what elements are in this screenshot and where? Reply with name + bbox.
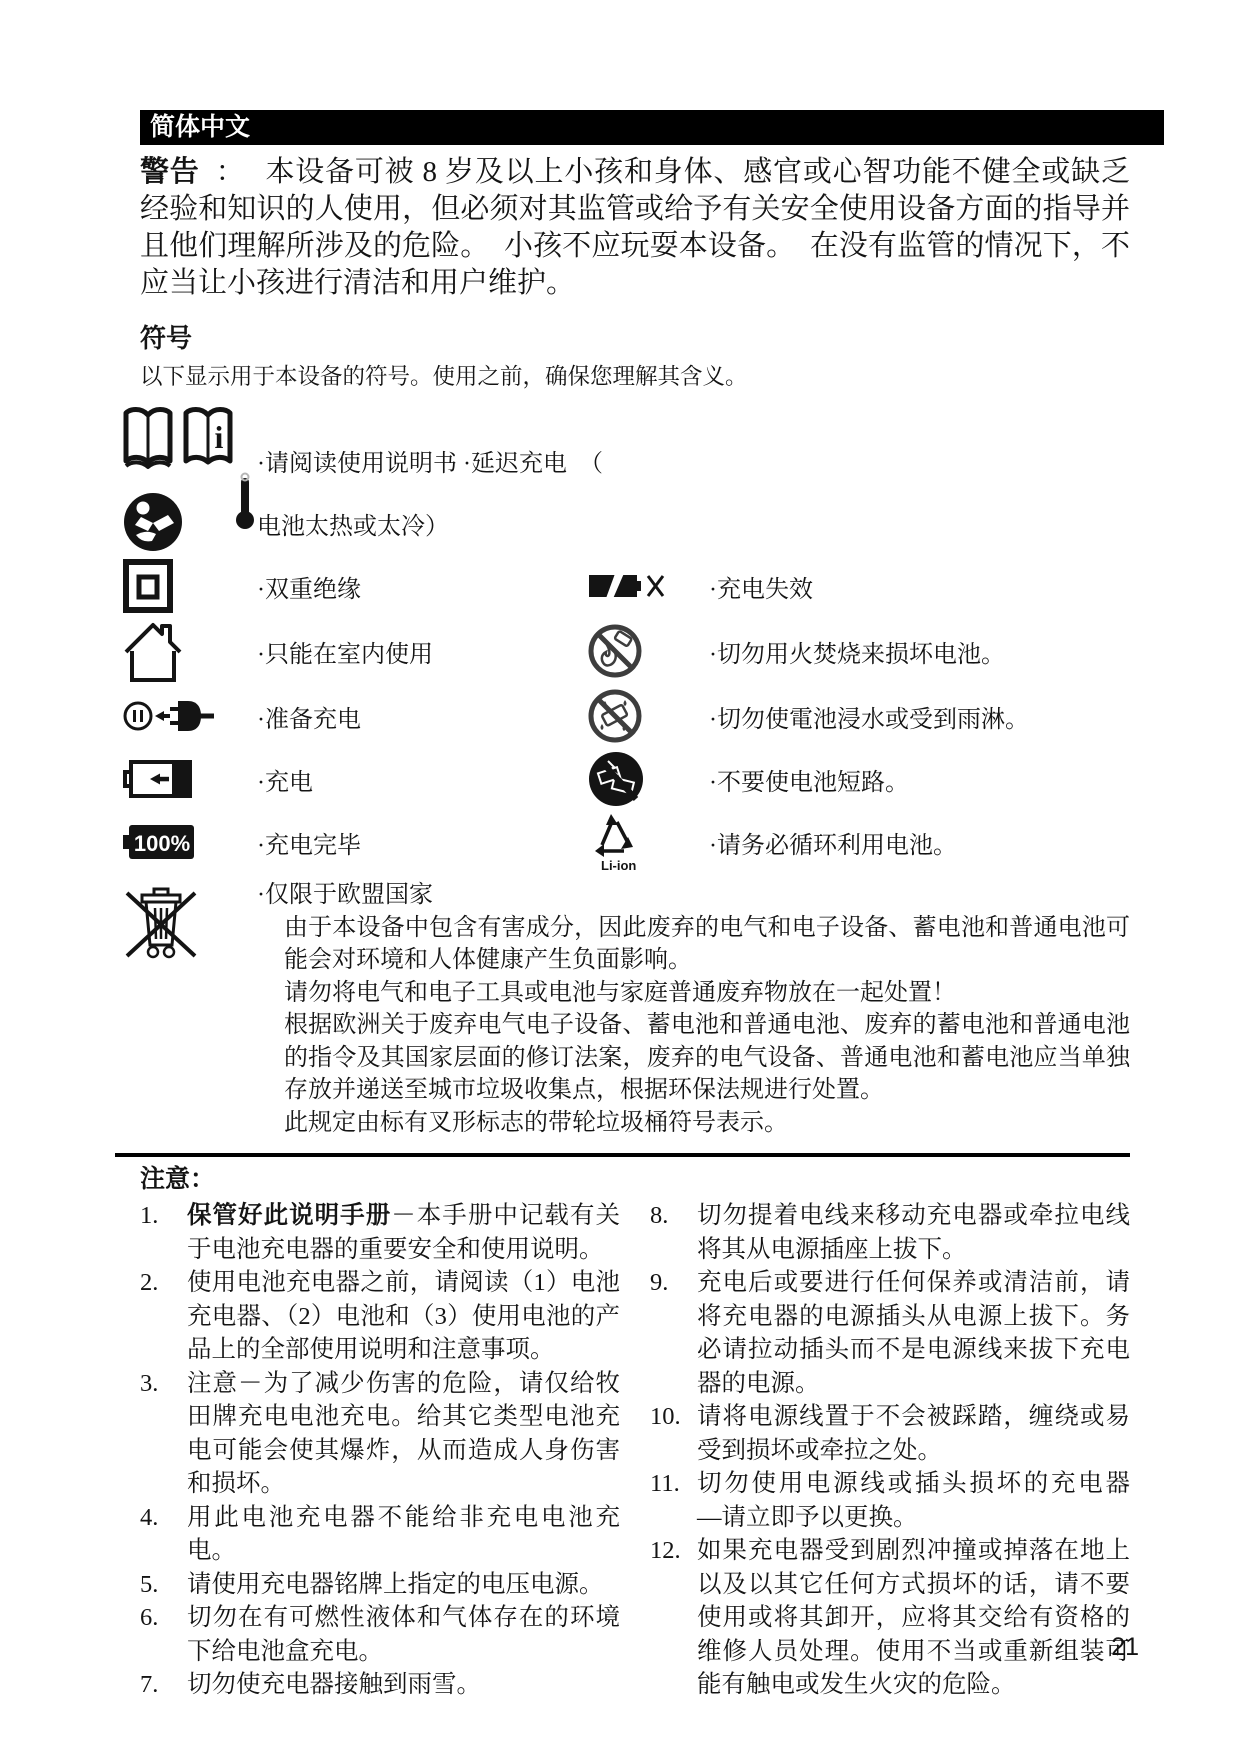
left-icon-cell: 100% — [122, 822, 257, 862]
svg-text:100%: 100% — [134, 831, 190, 856]
note-text: 充电后或要进行任何保养或清洁前，请将充电器的电源插头从电源上拔下。务必请拉动插头… — [697, 1266, 1130, 1400]
note-item: 7.切勿使充电器接触到雨雪。 — [140, 1668, 620, 1702]
note-text: 切勿使用电源线或插头损坏的充电器 —请立即予以更换。 — [697, 1467, 1130, 1534]
symbol-row-complete: 100% ·充电完毕 Li-ion ·请务必循环利用电池。 — [140, 811, 1130, 873]
note-text: 切勿提着电线来移动充电器或牵拉电线将其从电源插座上拔下。 — [697, 1199, 1130, 1266]
note-text: 如果充电器受到剧烈冲撞或掉落在地上以及以其它任何方式损坏的话，请不要使用或将其卸… — [697, 1534, 1130, 1702]
note-text: 切勿使充电器接触到雨雪。 — [187, 1668, 620, 1702]
right-icon-cell — [587, 623, 709, 679]
page-number: 21 — [1111, 1633, 1139, 1662]
note-item: 10.请将电源线置于不会被踩踏，缠绕或易受到损坏或牵拉之处。 — [650, 1400, 1130, 1467]
no-water-icon — [587, 688, 643, 744]
symbol-row-ready: ·准备充电 ·切勿使電池浸水或受到雨淋。 — [140, 685, 1130, 747]
indoor-use-icon — [122, 618, 184, 684]
symbol-row-eu: ·仅限于欧盟国家 由于本设备中包含有害成分，因此废弃的电气和电子设备、蓄电池和普… — [140, 879, 1130, 1139]
symbol-label: ·双重绝缘 — [257, 569, 587, 604]
symbols-intro: 以下显示用于本设备的符号。使用之前，确保您理解其含义。 — [140, 359, 1130, 391]
notes-divider — [115, 1153, 1130, 1157]
charge-failure-icon — [587, 568, 667, 604]
open-book-icons: i — [122, 403, 236, 485]
svg-text:i: i — [215, 419, 224, 455]
note-number: 3. — [140, 1367, 187, 1501]
thermometer-icon — [235, 472, 255, 530]
charging-icon — [122, 757, 194, 801]
note-number: 4. — [140, 1501, 187, 1568]
read-manual-label: ·请阅读使用说明书 ·延迟充电 （ — [257, 451, 603, 477]
note-item: 12.如果充电器受到剧烈冲撞或掉落在地上以及以其它任何方式损坏的话，请不要使用或… — [650, 1534, 1130, 1702]
warning-paragraph: 警告：本设备可被 8 岁及以上小孩和身体、感官或心智功能不健全或缺乏经验和知识的… — [140, 154, 1130, 302]
notes-left-column: 1.保管好此说明手册－本手册中记载有关于电池充电器的重要安全和使用说明。 2.使… — [140, 1199, 620, 1702]
warning-label: 警告 — [140, 156, 200, 188]
note-text: 保管好此说明手册－本手册中记载有关于电池充电器的重要安全和使用说明。 — [187, 1199, 620, 1266]
note-number: 9. — [650, 1266, 697, 1400]
left-icon-cell — [122, 558, 257, 614]
note-text: 请使用充电器铭牌上指定的电压电源。 — [187, 1568, 620, 1602]
symbol-row-charging: ·充电 ·不要使电池短路。 — [140, 748, 1130, 810]
note-item: 2.使用电池充电器之前，请阅读（1）电池充电器、（2）电池和（3）使用电池的产品… — [140, 1266, 620, 1367]
symbol-label: ·请务必循环利用电池。 — [709, 825, 1130, 860]
note-item: 8.切勿提着电线来移动充电器或牵拉电线将其从电源插座上拔下。 — [650, 1199, 1130, 1266]
note-text: 用此电池充电器不能给非充电电池充电。 — [187, 1501, 620, 1568]
note-item: 1.保管好此说明手册－本手册中记载有关于电池充电器的重要安全和使用说明。 — [140, 1199, 620, 1266]
warning-text: 本设备可被 8 岁及以上小孩和身体、感官或心智功能不健全或缺乏经验和知识的人使用… — [140, 156, 1130, 299]
ready-to-charge-icon — [122, 693, 214, 739]
symbol-label: ·只能在室内使用 — [257, 634, 587, 669]
symbol-row-indoor: ·只能在室内使用 ·切勿用火焚烧来损坏电池。 — [140, 618, 1130, 684]
no-short-circuit-icon — [587, 750, 645, 808]
note-number: 12. — [650, 1534, 697, 1702]
read-manual-icon — [122, 491, 184, 553]
note-number: 8. — [650, 1199, 697, 1266]
note-item: 3.注意－为了减少伤害的危险，请仅给牧田牌充电电池充电。给其它类型电池充电可能会… — [140, 1367, 620, 1501]
symbol-row-insulation: ·双重绝缘 ·充电失效 — [140, 555, 1130, 617]
no-incinerate-icon — [587, 623, 643, 679]
note-item: 4.用此电池充电器不能给非充电电池充电。 — [140, 1501, 620, 1568]
note-number: 2. — [140, 1266, 187, 1367]
left-icon-cell — [122, 693, 257, 739]
note-item: 5.请使用充电器铭牌上指定的电压电源。 — [140, 1568, 620, 1602]
notes-right-column: 8.切勿提着电线来移动充电器或牵拉电线将其从电源插座上拔下。 9.充电后或要进行… — [650, 1199, 1130, 1702]
recycle-li-ion-icon — [587, 811, 639, 857]
note-number: 10. — [650, 1400, 697, 1467]
symbol-row-label: ·请阅读使用说明书 ·延迟充电 （电池太热或太冷） — [257, 403, 603, 541]
symbol-label: ·切勿使電池浸水或受到雨淋。 — [709, 699, 1130, 734]
symbol-label: ·充电 — [257, 762, 587, 797]
note-text: 注意－为了减少伤害的危险，请仅给牧田牌充电电池充电。给其它类型电池充电可能会使其… — [187, 1367, 620, 1501]
crossed-wheeled-bin-icon — [122, 885, 200, 961]
language-header-label: 简体中文 — [150, 113, 250, 141]
note-item: 6.切勿在有可燃性液体和气体存在的环境下给电池盒充电。 — [140, 1601, 620, 1668]
eu-paragraph: 请勿将电气和电子工具或电池与家庭普通废弃物放在一起处置！ — [284, 977, 1130, 1010]
note-number: 5. — [140, 1568, 187, 1602]
symbols-section-title: 符号 — [140, 318, 1130, 355]
eu-paragraph: 根据欧洲关于废弃电气电子设备、蓄电池和普通电池、废弃的蓄电池和普通电池的指令及其… — [284, 1009, 1130, 1107]
notes-section-title: 注意： — [140, 1159, 1130, 1195]
double-insulation-icon — [122, 558, 174, 614]
note-bold-prefix: 保管好此说明手册 — [187, 1202, 391, 1229]
li-ion-caption: Li-ion — [601, 858, 636, 873]
note-item: 11.切勿使用电源线或插头损坏的充电器 —请立即予以更换。 — [650, 1467, 1130, 1534]
symbol-row-read-manual: i ·请阅读使用说明书 ·延迟充电 （电池太热或太冷） — [140, 403, 1130, 553]
symbol-label: ·充电完毕 — [257, 825, 587, 860]
eu-paragraph: 此规定由标有叉形标志的带轮垃圾桶符号表示。 — [284, 1107, 1130, 1140]
eu-only-text-block: ·仅限于欧盟国家 由于本设备中包含有害成分，因此废弃的电气和电子设备、蓄电池和普… — [257, 879, 1130, 1139]
symbol-label: ·充电失效 — [709, 569, 1130, 604]
eu-only-bullet: ·仅限于欧盟国家 — [257, 879, 1130, 912]
notes-columns: 1.保管好此说明手册－本手册中记载有关于电池充电器的重要安全和使用说明。 2.使… — [140, 1199, 1130, 1702]
warning-colon: ： — [216, 156, 246, 188]
language-header-bar: 简体中文 — [140, 110, 1164, 145]
note-number: 11. — [650, 1467, 697, 1534]
left-icon-cell — [122, 879, 257, 961]
note-number: 6. — [140, 1601, 187, 1668]
note-number: 7. — [140, 1668, 187, 1702]
symbol-label: ·不要使电池短路。 — [709, 762, 1130, 797]
left-icon-cell — [122, 618, 257, 684]
eu-paragraph: 由于本设备中包含有害成分，因此废弃的电气和电子设备、蓄电池和普通电池可能会对环境… — [284, 912, 1130, 977]
right-icon-cell — [587, 688, 709, 744]
delayed-charge-label: 电池太热或太冷） — [257, 514, 449, 540]
charge-complete-icon: 100% — [122, 822, 196, 862]
left-icon-cell — [122, 757, 257, 801]
note-text: 使用电池充电器之前，请阅读（1）电池充电器、（2）电池和（3）使用电池的产品上的… — [187, 1266, 620, 1367]
symbol-label: ·切勿用火焚烧来损坏电池。 — [709, 634, 1130, 669]
note-text: 切勿在有可燃性液体和气体存在的环境下给电池盒充电。 — [187, 1601, 620, 1668]
right-icon-cell: Li-ion — [587, 811, 709, 873]
note-text: 请将电源线置于不会被踩踏，缠绕或易受到损坏或牵拉之处。 — [697, 1400, 1130, 1467]
manual-page: 简体中文 警告：本设备可被 8 岁及以上小孩和身体、感官或心智功能不健全或缺乏经… — [0, 0, 1241, 1754]
right-icon-cell — [587, 750, 709, 808]
right-icon-cell — [587, 568, 709, 604]
symbol-label: ·准备充电 — [257, 699, 587, 734]
note-item: 9.充电后或要进行任何保养或清洁前，请将充电器的电源插头从电源上拔下。务必请拉动… — [650, 1266, 1130, 1400]
note-number: 1. — [140, 1199, 187, 1266]
